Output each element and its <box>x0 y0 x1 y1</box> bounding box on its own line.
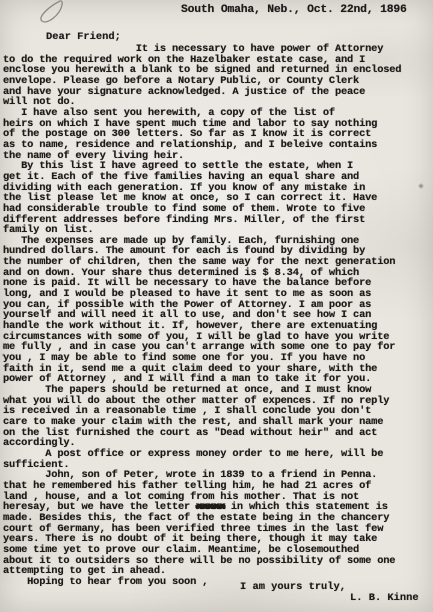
valediction: I am yours truly, <box>240 581 346 593</box>
salutation: Dear Friend; <box>46 31 121 43</box>
pencil-loop-mark <box>20 0 68 26</box>
signature: L. B. Kinne <box>350 592 419 604</box>
letter-page: South Omaha, Neb., Oct. 22nd, 1896 Dear … <box>0 0 433 612</box>
letter-body: It is necessary to have power of Attorne… <box>3 44 433 587</box>
letter-body-part1: It is necessary to have power of Attorne… <box>3 44 433 502</box>
date-line: South Omaha, Neb., Oct. 22nd, 1896 <box>181 4 407 16</box>
letter-body-part2: made. Besides this, the fact of the esta… <box>3 513 433 588</box>
